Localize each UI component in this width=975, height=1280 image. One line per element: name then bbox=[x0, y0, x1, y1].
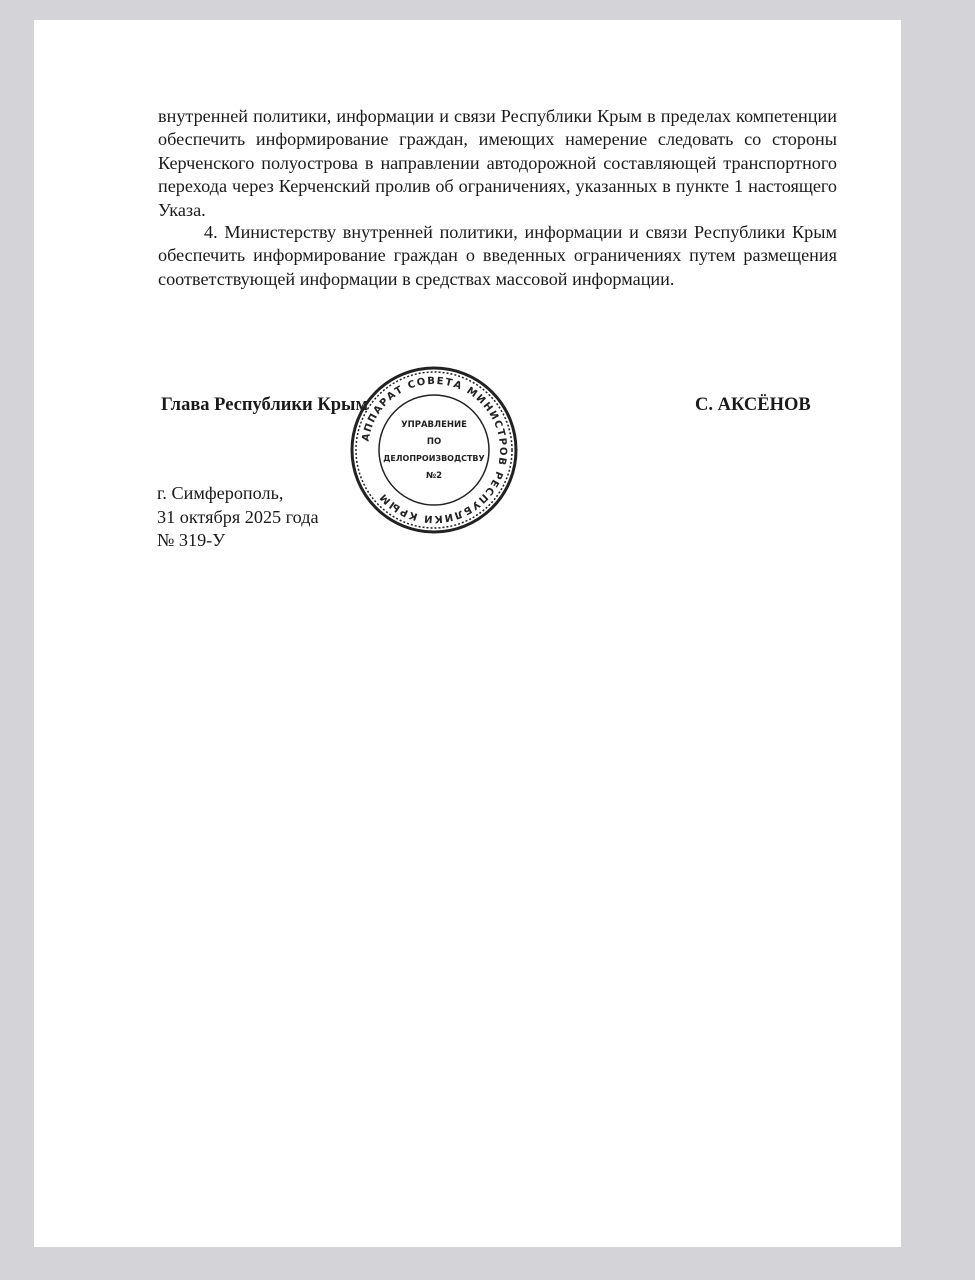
place: г. Симферополь, bbox=[157, 482, 319, 506]
document-page: внутренней политики, информации и связи … bbox=[34, 20, 901, 1247]
svg-text:ДЕЛОПРОИЗВОДСТВУ: ДЕЛОПРОИЗВОДСТВУ bbox=[383, 454, 484, 463]
svg-text:№2: №2 bbox=[426, 471, 442, 481]
paragraph-4: 4. Министерству внутренней политики, инф… bbox=[158, 221, 837, 291]
place-date-number: г. Симферополь, 31 октября 2025 года № 3… bbox=[157, 482, 319, 553]
paragraph-3-continuation: внутренней политики, информации и связи … bbox=[158, 105, 837, 222]
signatory-title: Глава Республики Крым bbox=[161, 395, 368, 416]
official-stamp-icon: АППАРАТ СОВЕТА МИНИСТРОВ РЕСПУБЛИКИ КРЫМ… bbox=[348, 364, 520, 536]
svg-text:АППАРАТ СОВЕТА МИНИСТРОВ РЕСПУ: АППАРАТ СОВЕТА МИНИСТРОВ РЕСПУБЛИКИ КРЫМ bbox=[361, 376, 509, 524]
signatory-name: С. АКСЁНОВ bbox=[695, 395, 811, 416]
svg-text:УПРАВЛЕНИЕ: УПРАВЛЕНИЕ bbox=[401, 420, 467, 430]
decree-number: № 319-У bbox=[157, 529, 319, 553]
date: 31 октября 2025 года bbox=[157, 506, 319, 530]
svg-text:ПО: ПО bbox=[427, 437, 441, 447]
